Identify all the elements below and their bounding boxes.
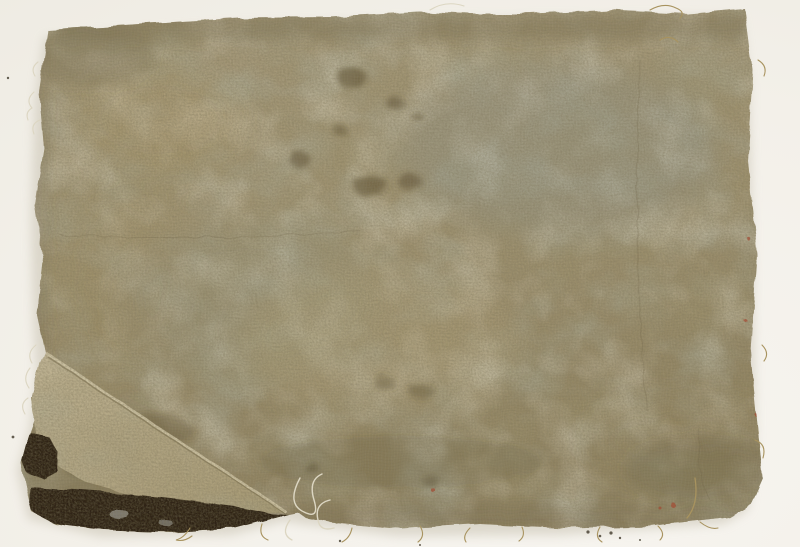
grain-texture (0, 0, 800, 547)
canvas-panel (0, 0, 800, 547)
photo-backdrop: Aged stained rectangular canvas panel wi… (0, 0, 800, 547)
aged-canvas-photo: Aged stained rectangular canvas panel wi… (0, 0, 800, 547)
